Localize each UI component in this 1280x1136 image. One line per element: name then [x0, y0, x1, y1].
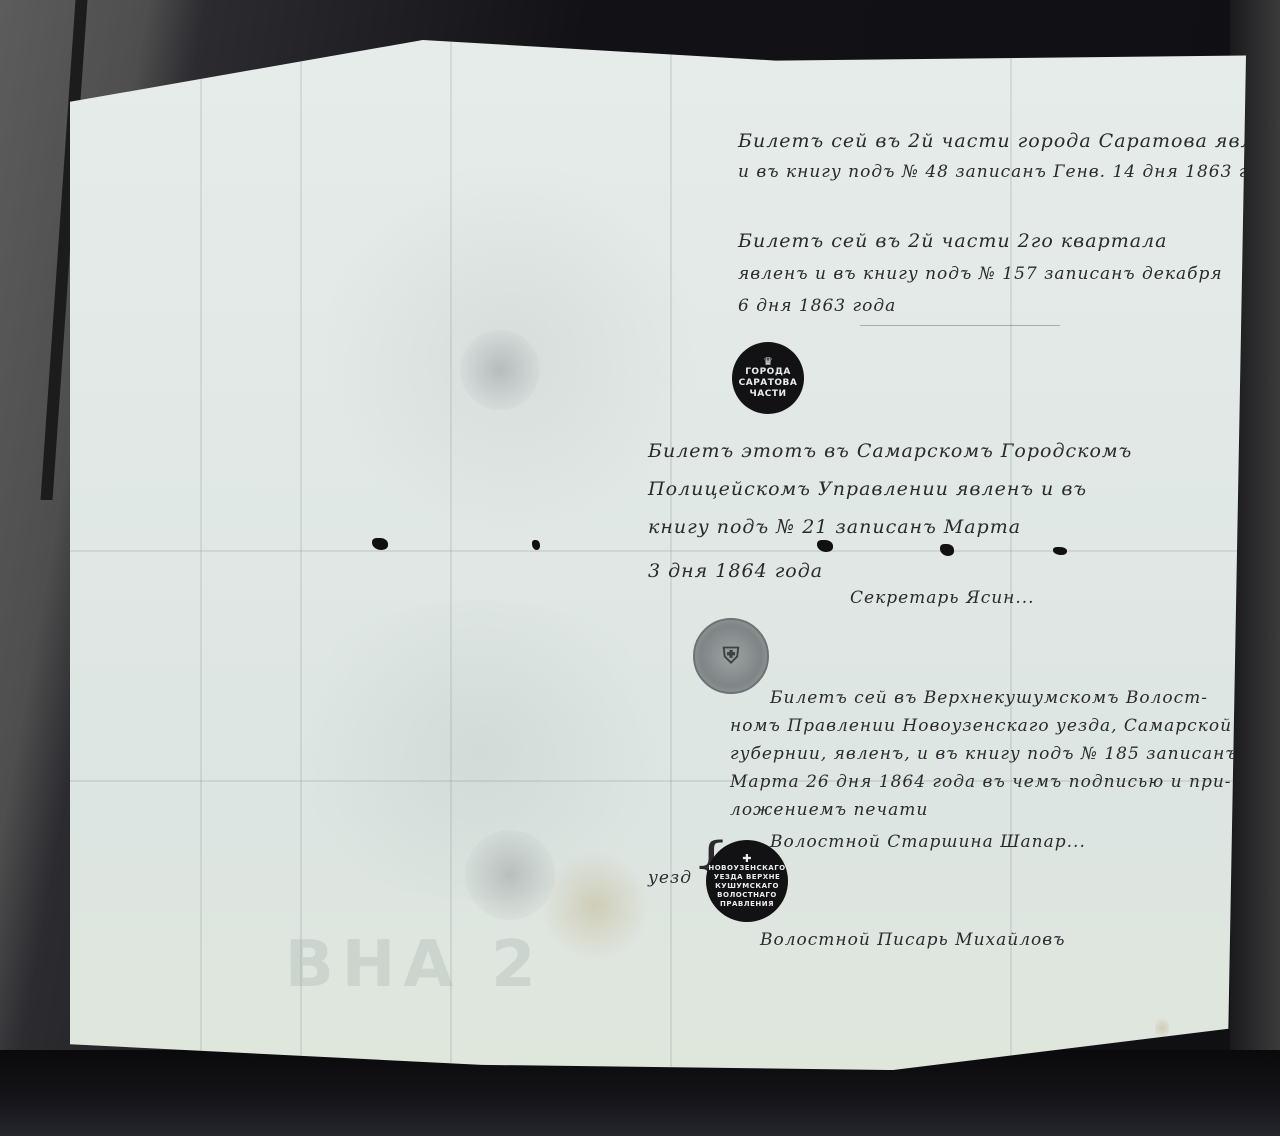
- fold-line: [670, 40, 672, 1070]
- seal-text: КУШУМСКАГО: [715, 882, 779, 891]
- faint-seal-impression: [460, 330, 540, 410]
- entry-1-line-1: Билетъ сей въ 2й части города Саратова я…: [738, 130, 1280, 152]
- volost-seal: ✚ НОВОУЗЕНСКАГО УЕЗДА ВЕРХНЕ КУШУМСКАГО …: [706, 840, 788, 922]
- seal-text: НОВОУЗЕНСКАГО: [708, 864, 785, 873]
- entry-3-line-4: 3 дня 1864 года: [648, 560, 823, 582]
- entry-4-line-3: губернии, явленъ, и въ книгу подъ № 185 …: [730, 744, 1238, 764]
- fold-line: [70, 550, 1246, 552]
- seal-text: ВОЛОСТНАГО: [717, 891, 777, 900]
- entry-4-line-4: Марта 26 дня 1864 года въ чемъ подписью …: [730, 772, 1232, 792]
- faint-seal-impression: [465, 830, 555, 920]
- seal-text: САРАТОВА: [739, 378, 798, 389]
- double-headed-eagle-icon: ♛: [763, 356, 773, 367]
- entry-1-line-2: и въ книгу подъ № 48 записанъ Генв. 14 д…: [738, 162, 1280, 182]
- entry-4-line-5: ложениемъ печати: [730, 800, 928, 820]
- paper-hole: [940, 544, 954, 556]
- entry-3-line-2: Полицейскомъ Управлении явленъ и въ: [648, 478, 1087, 500]
- fold-line: [200, 40, 202, 1070]
- shield-icon: ⛨: [723, 651, 740, 662]
- fold-line: [300, 40, 302, 1070]
- seal-text: ЧАСТИ: [749, 389, 786, 400]
- paper-hole: [1053, 547, 1067, 555]
- entry-4-signature-clerk: Волостной Писарь Михайловъ: [760, 930, 1066, 950]
- entry-2-line-2: явленъ и въ книгу подъ № 157 записанъ де…: [738, 264, 1223, 284]
- entry-4-line-1: Билетъ сей въ Верхнекушумскомъ Волост-: [770, 688, 1208, 708]
- underline: [860, 325, 1060, 326]
- side-label: уезд: [648, 868, 692, 888]
- entry-2-line-3: 6 дня 1863 года: [738, 296, 896, 316]
- entry-2-line-1: Билетъ сей въ 2й части 2го квартала: [738, 230, 1167, 252]
- entry-4-signature-elder: Волостной Старшина Шапар...: [770, 832, 1086, 852]
- seal-text: ГОРОДА: [745, 367, 791, 378]
- samara-police-seal: ⛨: [693, 618, 769, 694]
- fold-line: [1010, 40, 1012, 1070]
- entry-3-line-1: Билетъ этотъ въ Самарскомъ Городскомъ: [648, 440, 1132, 462]
- paper-hole: [372, 538, 388, 550]
- entry-3-line-3: книгу подъ № 21 записанъ Марта: [648, 516, 1021, 538]
- cross-icon: ✚: [742, 853, 751, 864]
- saratov-seal: ♛ ГОРОДА САРАТОВА ЧАСТИ: [732, 342, 804, 414]
- seal-text: ПРАВЛЕНИЯ: [720, 900, 774, 909]
- entry-3-signature: Секретарь Ясин...: [850, 588, 1035, 608]
- paper-hole: [532, 540, 540, 550]
- watermark-text: ВНА 2: [285, 928, 544, 1002]
- paper-hole: [817, 540, 833, 552]
- water-stain: [540, 850, 650, 960]
- entry-4-line-2: номъ Правлении Новоузенскаго уезда, Сама…: [730, 716, 1232, 736]
- seal-text: УЕЗДА ВЕРХНЕ: [714, 873, 781, 882]
- document-paper: ВНА 2 Билетъ сей въ 2й части города Сара…: [70, 40, 1246, 1070]
